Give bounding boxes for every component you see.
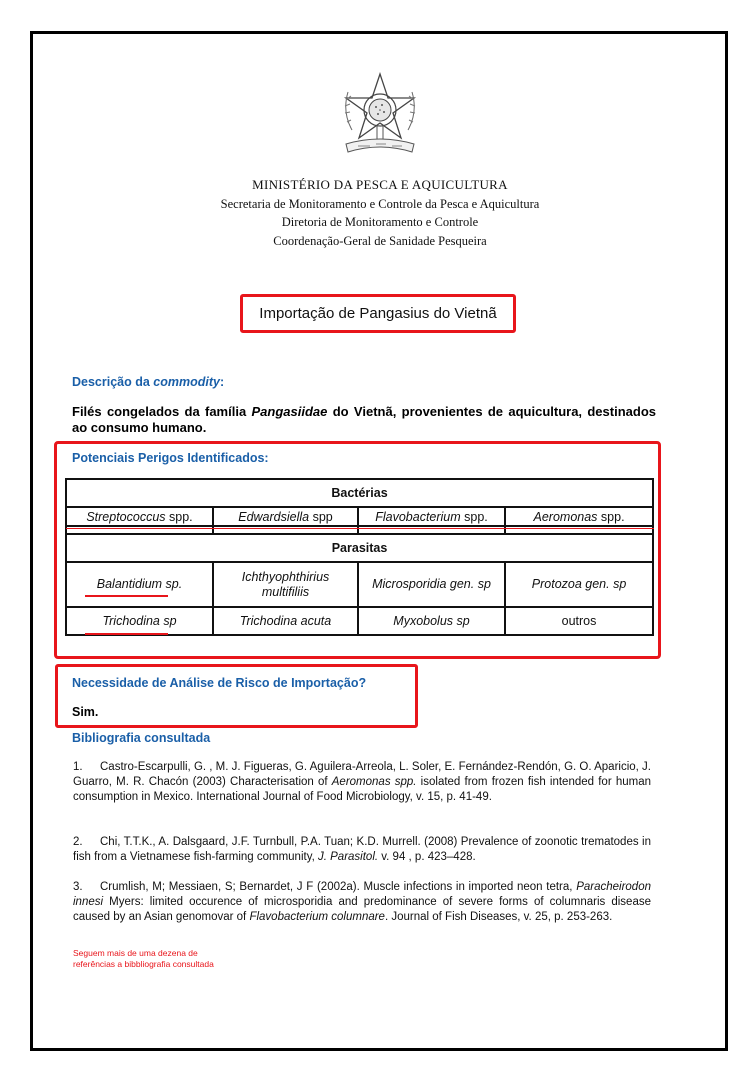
description-text: Filés congelados da família Pangasiidae … [72, 404, 656, 436]
table-row: Streptococcus spp. Edwardsiella spp Flav… [66, 507, 653, 526]
document-title: Importação de Pangasius do Vietnã [240, 294, 516, 333]
bacteria-cell: Flavobacterium spp. [358, 507, 505, 526]
bacteria-group-header: Bactérias [66, 479, 653, 507]
bacteria-cell: Streptococcus spp. [66, 507, 213, 526]
risk-analysis-heading: Necessidade de Análise de Risco de Impor… [72, 676, 366, 690]
coordination-name: Coordenação-Geral de Sanidade Pesqueira [60, 232, 700, 251]
description-heading: Descrição da commodity: [72, 375, 224, 389]
parasite-cell: Ichthyophthirius multifiliis [213, 562, 358, 607]
description-text-part: Filés congelados da família [72, 404, 252, 419]
parasite-cell: outros [505, 607, 653, 635]
red-underline-trichodina [85, 633, 168, 635]
table-row: Parasitas [66, 534, 653, 562]
parasite-cell: Trichodina sp [66, 607, 213, 635]
parasite-cell: Microsporidia gen. sp [358, 562, 505, 607]
hazards-heading: Potenciais Perigos Identificados: [72, 451, 269, 465]
secretariat-name: Secretaria de Monitoramento e Controle d… [60, 195, 700, 214]
reference-item: 2.Chi, T.T.K., A. Dalsgaard, J.F. Turnbu… [73, 835, 651, 865]
institution-header: MINISTÉRIO DA PESCA E AQUICULTURA Secret… [60, 176, 700, 250]
parasite-cell: Trichodina acuta [213, 607, 358, 635]
description-family-name: Pangasiidae [252, 404, 328, 419]
parasite-cell: Protozoa gen. sp [505, 562, 653, 607]
table-row: Trichodina sp Trichodina acuta Myxobolus… [66, 607, 653, 635]
description-heading-colon: : [220, 375, 224, 389]
reference-item: 3.Crumlish, M; Messiaen, S; Bernardet, J… [73, 880, 651, 924]
hazards-table: Bactérias Streptococcus spp. Edwardsiell… [65, 478, 654, 636]
table-row: Bactérias [66, 479, 653, 507]
bibliography-heading: Bibliografia consultada [72, 731, 210, 745]
description-heading-text: Descrição da [72, 375, 153, 389]
red-underline-balantidium [85, 595, 168, 597]
parasites-group-header: Parasitas [66, 534, 653, 562]
directorate-name: Diretoria de Monitoramento e Controle [60, 213, 700, 232]
risk-highlight-box [55, 664, 418, 728]
ministry-name: MINISTÉRIO DA PESCA E AQUICULTURA [60, 176, 700, 195]
bacteria-cell: Edwardsiella spp [213, 507, 358, 526]
parasite-cell: Myxobolus sp [358, 607, 505, 635]
red-annotation-line [66, 528, 654, 529]
table-row: Balantidium sp. Ichthyophthirius multifi… [66, 562, 653, 607]
annotation-note: Seguem mais de uma dezena de referências… [73, 948, 233, 969]
reference-item: 1.Castro-Escarpulli, G. , M. J. Figueras… [73, 760, 651, 804]
coat-of-arms-icon [338, 72, 422, 160]
bacteria-cell: Aeromonas spp. [505, 507, 653, 526]
parasite-cell: Balantidium sp. [66, 562, 213, 607]
risk-analysis-answer: Sim. [72, 705, 98, 719]
description-heading-italic: commodity [153, 375, 220, 389]
